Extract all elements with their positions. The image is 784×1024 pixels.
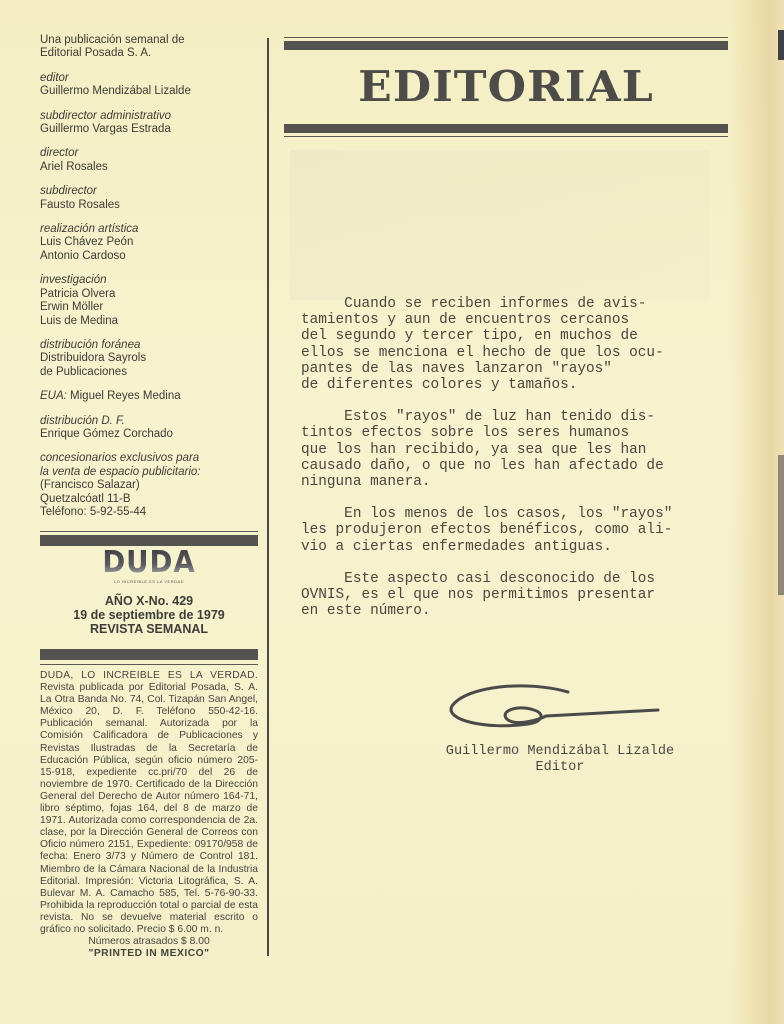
staff-role: subdirector administrativo <box>40 110 258 123</box>
staff-role: la venta de espacio publicitario: <box>40 466 258 479</box>
signature-title: Editor <box>400 760 720 776</box>
staff-role: distribución D. F. <box>40 415 258 428</box>
editorial-paragraph: Estos "rayos" de luz han tenido dis- tin… <box>301 409 721 490</box>
staff-name: Guillermo Vargas Estrada <box>40 123 258 136</box>
staff-list-2: distribución D. F.Enrique Gómez Corchado… <box>40 415 258 520</box>
eua-name: Miguel Reyes Medina <box>70 390 181 402</box>
rule-thick <box>40 649 258 660</box>
rule-thin <box>40 664 258 665</box>
staff-group: editorGuillermo Mendizábal Lizalde <box>40 72 258 99</box>
staff-group: distribución foráneaDistribuidora Sayrol… <box>40 339 258 379</box>
eua-credit: EUA: Miguel Reyes Medina <box>40 390 258 403</box>
eua-label: EUA: <box>40 390 67 402</box>
staff-role: subdirector <box>40 185 258 198</box>
legal-notice: DUDA, LO INCREIBLE ES LA VERDAD. Revista… <box>40 670 258 960</box>
staff-name: Erwin Möller <box>40 301 258 314</box>
staff-name: Luis Chávez Peón <box>40 236 258 249</box>
next-page-illustration-fragment <box>778 455 784 595</box>
staff-role: concesionarios exclusivos para <box>40 452 258 465</box>
editor-signature-block: Guillermo Mendizábal Lizalde Editor <box>400 744 720 775</box>
column-divider <box>267 38 269 956</box>
back-issues-price: Números atrasados $ 8.00 <box>40 936 258 948</box>
staff-name: Quetzalcóatl 11-B <box>40 493 258 506</box>
signature-icon <box>446 684 666 734</box>
duda-logo: DUDA <box>49 548 250 578</box>
rule-thin <box>284 136 728 137</box>
staff-group: subdirector administrativoGuillermo Varg… <box>40 110 258 137</box>
legal-heading: DUDA, LO INCREIBLE ES LA VERDAD. <box>40 670 258 681</box>
staff-role: realización artística <box>40 223 258 236</box>
staff-list: editorGuillermo Mendizábal Lizaldesubdir… <box>40 72 258 379</box>
staff-role: editor <box>40 72 258 85</box>
intro-line: Editorial Posada S. A. <box>40 47 258 60</box>
rule-thick <box>284 124 728 133</box>
next-page-mark <box>778 30 784 60</box>
intro-line: Una publicación semanal de <box>40 34 258 47</box>
signature-name: Guillermo Mendizábal Lizalde <box>400 744 720 760</box>
editorial-paragraph: En los menos de los casos, los "rayos" l… <box>301 506 721 555</box>
staff-group: realización artísticaLuis Chávez PeónAnt… <box>40 223 258 263</box>
legal-body: Revista publicada por Editorial Posada, … <box>40 682 258 935</box>
staff-group: investigaciónPatricia OlveraErwin Möller… <box>40 274 258 328</box>
staff-name: Guillermo Mendizábal Lizalde <box>40 85 258 98</box>
staff-name: Antonio Cardoso <box>40 250 258 263</box>
staff-name: Ariel Rosales <box>40 161 258 174</box>
masthead-credits: Una publicación semanal de Editorial Pos… <box>40 34 258 530</box>
printed-in-mexico: "PRINTED IN MEXICO" <box>40 948 258 960</box>
publisher-intro: Una publicación semanal de Editorial Pos… <box>40 34 258 61</box>
staff-role: distribución foránea <box>40 339 258 352</box>
staff-name: Patricia Olvera <box>40 288 258 301</box>
staff-name: Luis de Medina <box>40 315 258 328</box>
editorial-title: EDITORIAL <box>273 62 739 112</box>
staff-group: concesionarios exclusivos parala venta d… <box>40 452 258 519</box>
staff-role: investigación <box>40 274 258 287</box>
issue-block: DUDA LO INCREIBLE ES LA VERDAD AÑO X-No.… <box>40 548 258 636</box>
staff-group: directorAriel Rosales <box>40 147 258 174</box>
editorial-paragraph: Este aspecto casi desconocido de los OVN… <box>301 571 721 620</box>
issue-type: REVISTA SEMANAL <box>40 622 258 636</box>
staff-name: Distribuidora Sayrols <box>40 352 258 365</box>
staff-name: de Publicaciones <box>40 366 258 379</box>
staff-group: subdirectorFausto Rosales <box>40 185 258 212</box>
issue-number: AÑO X-No. 429 <box>40 594 258 608</box>
rule-thin <box>40 531 258 532</box>
editorial-paragraph: Cuando se reciben informes de avis- tami… <box>301 296 721 393</box>
staff-name: Teléfono: 5-92-55-44 <box>40 506 258 519</box>
issue-date: 19 de septiembre de 1979 <box>40 608 258 622</box>
staff-name: Fausto Rosales <box>40 199 258 212</box>
faded-background-print <box>290 150 710 300</box>
staff-group: distribución D. F.Enrique Gómez Corchado <box>40 415 258 442</box>
staff-role: director <box>40 147 258 160</box>
rule-thin <box>284 37 728 38</box>
rule-thick <box>284 41 728 50</box>
staff-name: (Francisco Salazar) <box>40 479 258 492</box>
staff-name: Enrique Gómez Corchado <box>40 428 258 441</box>
editorial-body: Cuando se reciben informes de avis- tami… <box>301 296 721 635</box>
